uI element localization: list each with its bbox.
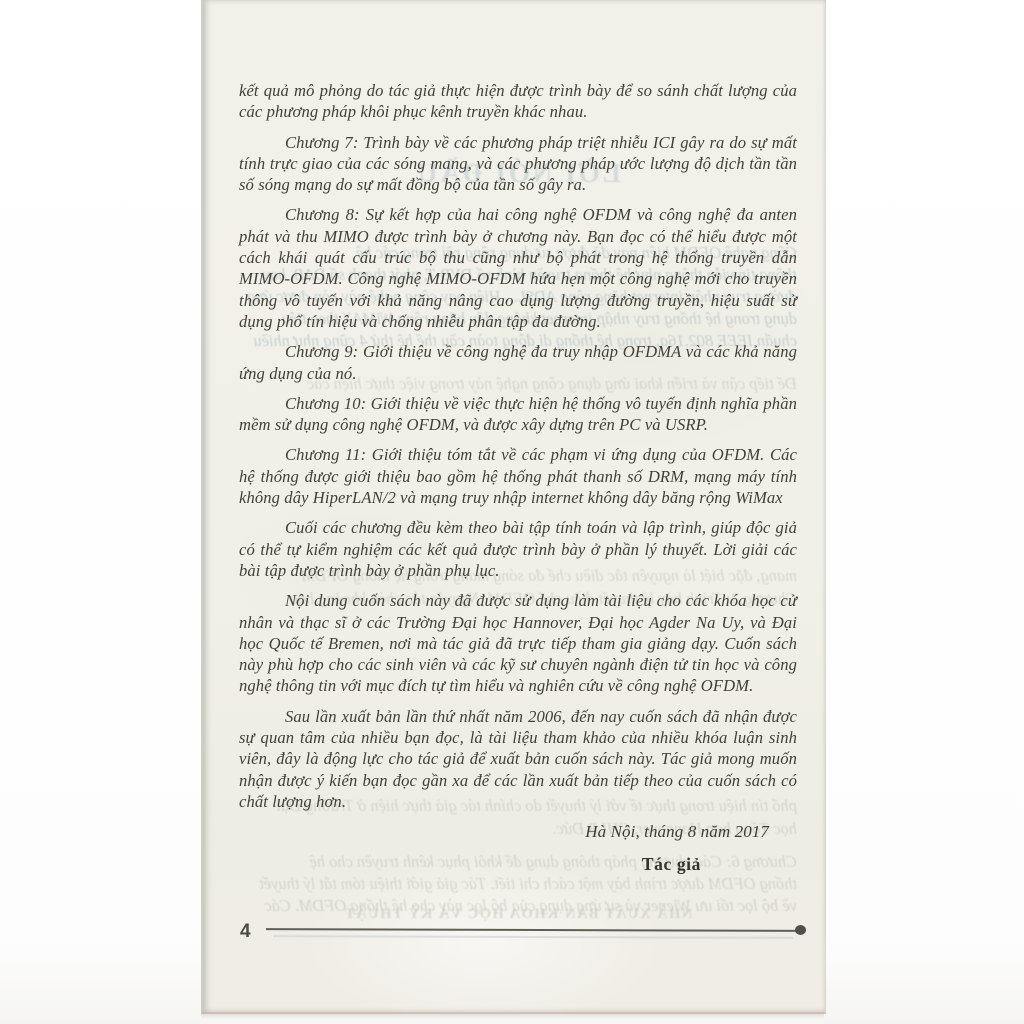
date-line: Hà Nội, tháng 8 năm 2017 (239, 821, 797, 842)
paragraph-continuation: kết quả mô phỏng do tác giả thực hiện đư… (239, 80, 797, 123)
scan-background: LỜI NÓI ĐẦU Công nghệ OFDM hiện nay đã đ… (0, 0, 1024, 1024)
paragraph-chuong-10: Chương 10: Giới thiệu về việc thực hiện … (239, 393, 797, 436)
paragraph-chuong-7: Chương 7: Trình bày về các phương pháp t… (239, 132, 797, 196)
page-bottom-shadow (201, 1012, 824, 1019)
paragraph-exercises: Cuối các chương đều kèm theo bài tập tín… (239, 517, 797, 581)
footer-rule-echo (273, 935, 793, 939)
paragraph-chuong-11: Chương 11: Giới thiệu tóm tắt về các phạ… (239, 444, 797, 508)
page-number: 4 (240, 921, 251, 943)
bleedthrough-publisher: NHÀ XUẤT BẢN KHOA HỌC VÀ KỸ THUẬT (239, 906, 797, 923)
closing-block: Hà Nội, tháng 8 năm 2017 Tác giả (239, 821, 797, 875)
paragraph-chuong-9: Chương 9: Giới thiệu về công nghệ đa tru… (239, 341, 797, 384)
text-block: kết quả mô phỏng do tác giả thực hiện đư… (239, 80, 797, 875)
bleedthrough-line: về bộ lọc tối ưu Wiener và sự ứng dụng c… (239, 895, 797, 916)
paragraph-second-edition: Sau lần xuất bản lần thứ nhất năm 2006, … (239, 706, 797, 812)
bleedthrough-line: thống OFDM được trình bày một cách chi t… (239, 873, 797, 894)
footer-rule-dot (795, 925, 806, 935)
footer-rule (266, 928, 802, 932)
paragraph-usage: Nội dung cuốn sách này đã được sử dụng l… (239, 590, 797, 696)
paragraph-chuong-8: Chương 8: Sự kết hợp của hai công nghệ O… (239, 204, 797, 332)
book-page: LỜI NÓI ĐẦU Công nghệ OFDM hiện nay đã đ… (201, 0, 826, 1014)
author-signature: Tác giả (239, 854, 797, 875)
